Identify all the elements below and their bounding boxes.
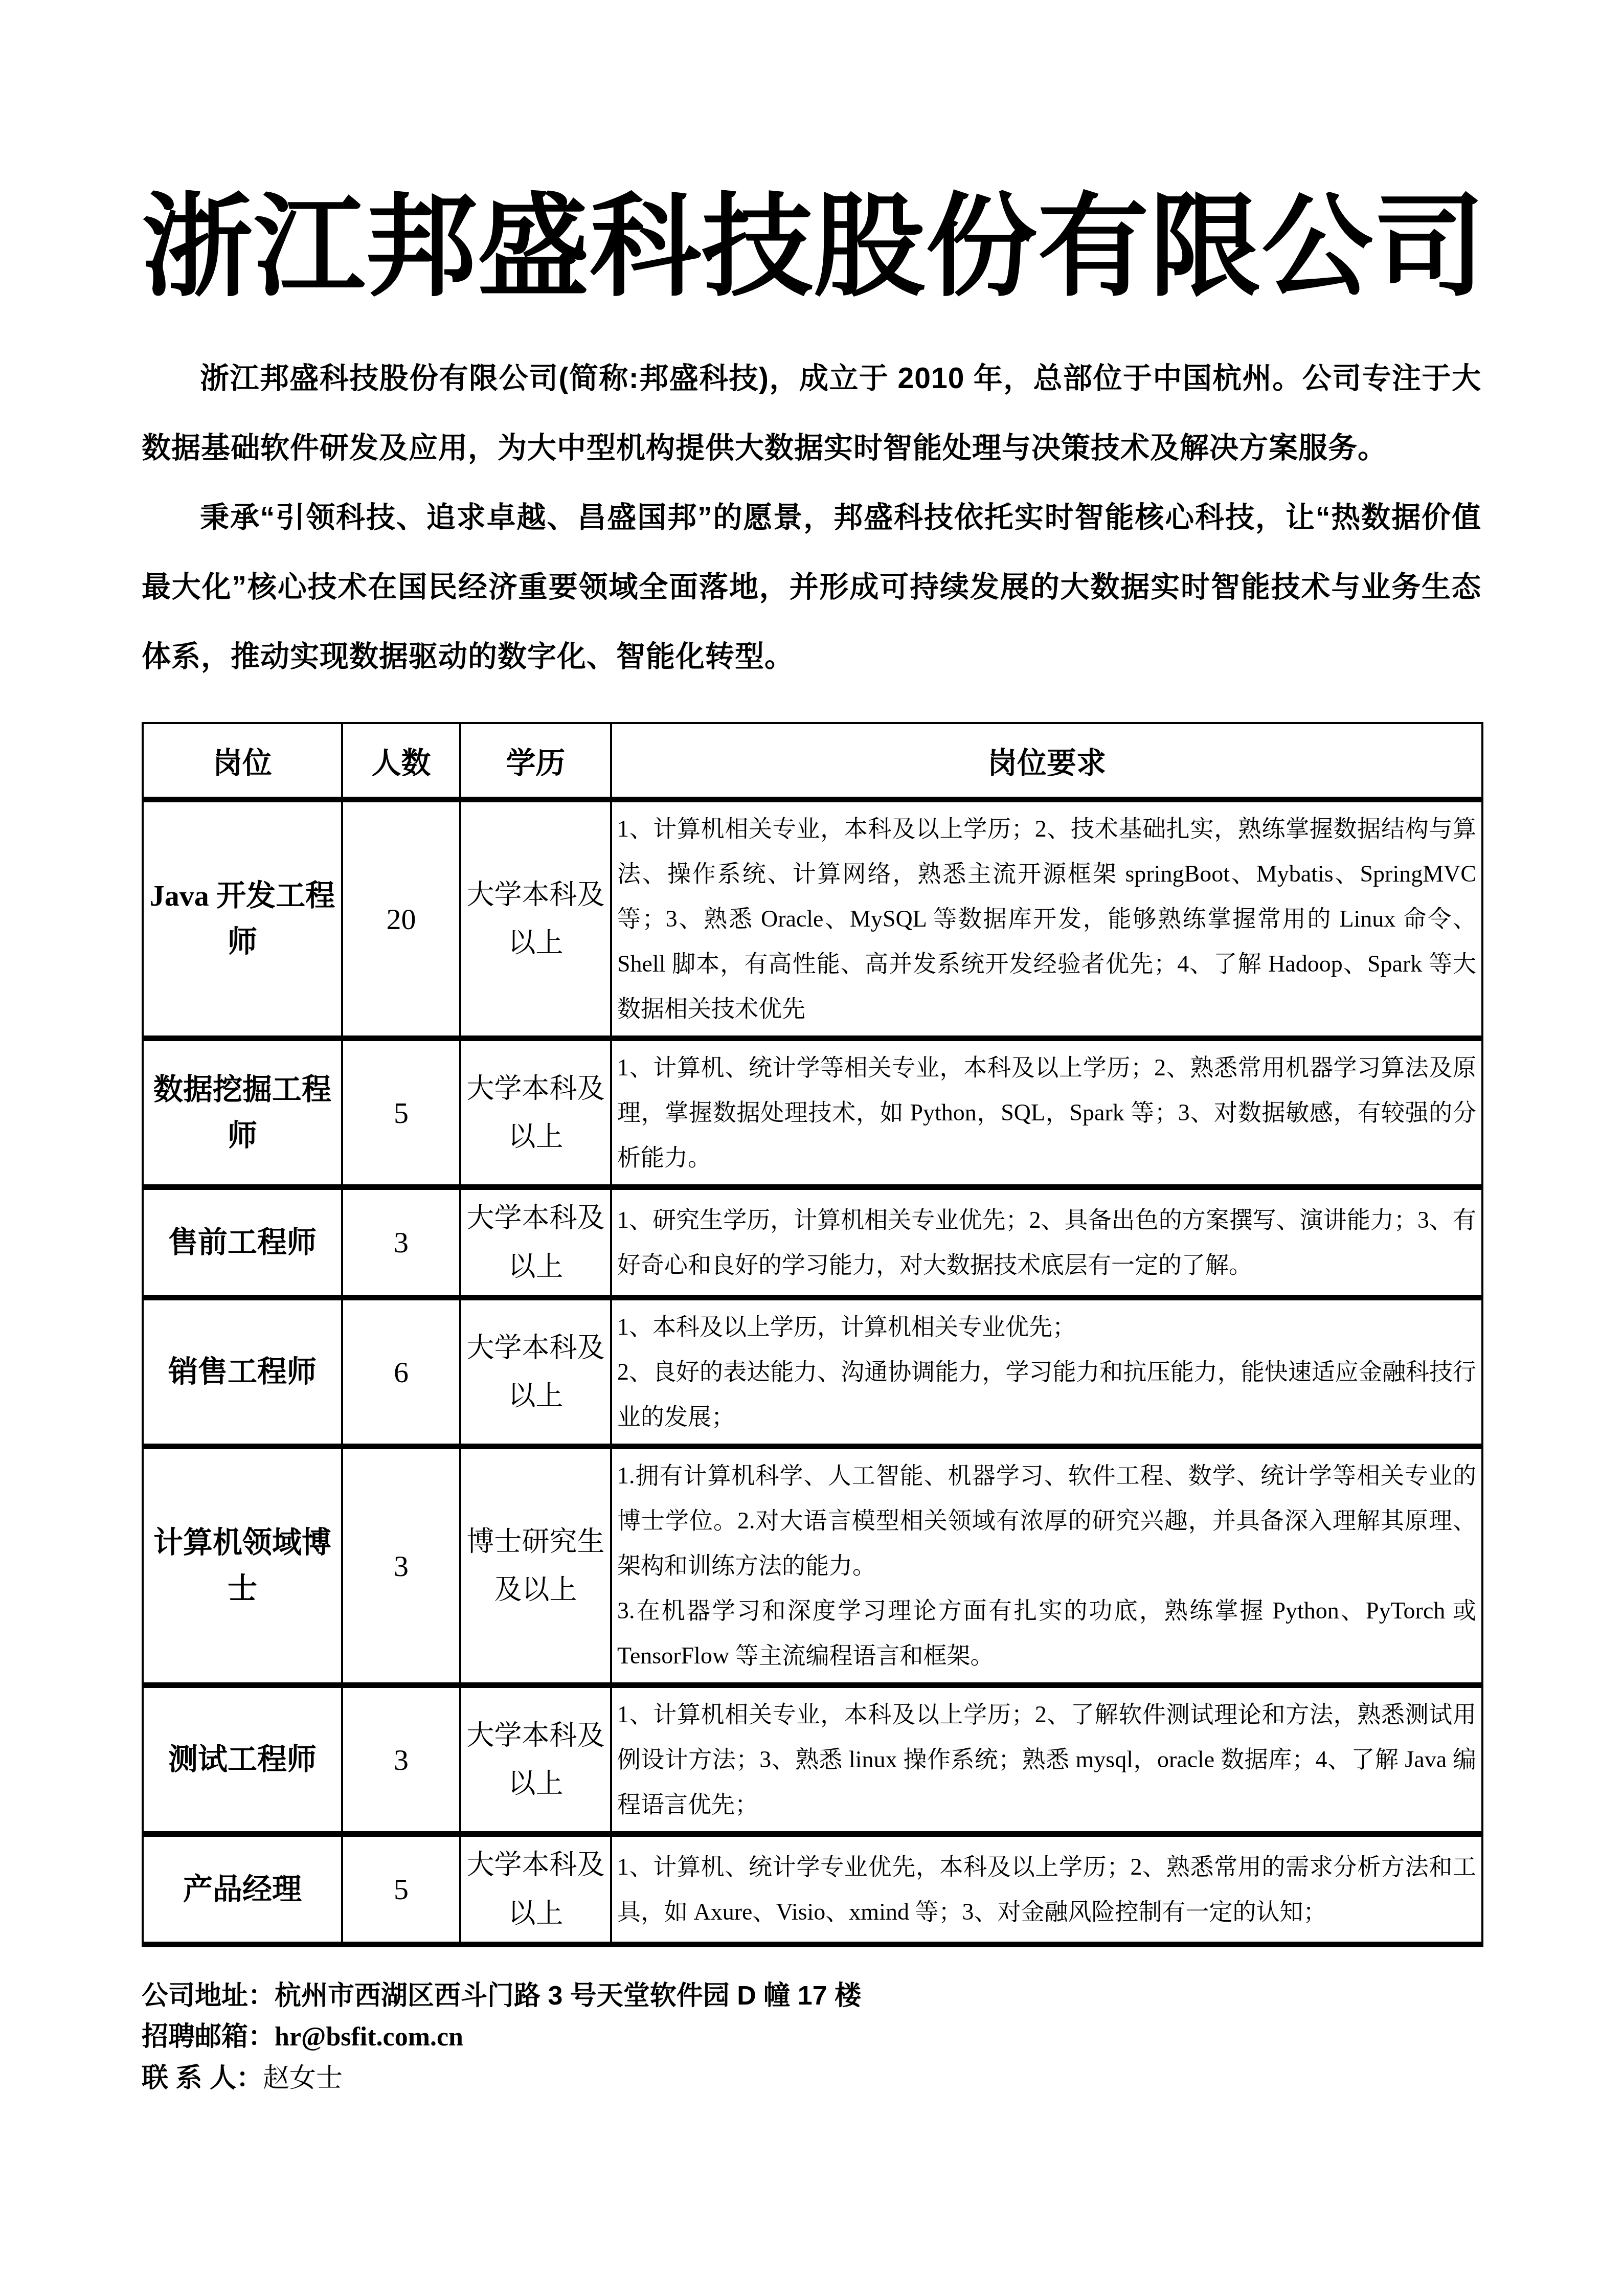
column-header: 人数 [342, 723, 460, 800]
job-row: 产品经理 5 大学本科及以上 1、计算机、统计学专业优先，本科及以上学历；2、熟… [143, 1834, 1482, 1945]
requirements-cell: 1、计算机、统计学专业优先，本科及以上学历；2、熟悉常用的需求分析方法和工具，如… [611, 1834, 1482, 1945]
position-cell: 销售工程师 [143, 1298, 342, 1447]
education-cell: 大学本科及以上 [460, 1298, 611, 1447]
address-value: 杭州市西湖区西斗门路 3 号天堂软件园 D 幢 17 楼 [275, 1981, 861, 2011]
column-header: 学历 [460, 723, 611, 800]
job-row: 售前工程师 3 大学本科及以上 1、研究生学历，计算机相关专业优先；2、具备出色… [143, 1187, 1482, 1298]
jobs-table: 岗位人数学历岗位要求 Java 开发工程师 20 大学本科及以上 1、计算机相关… [142, 722, 1483, 1948]
email-value: hr@bsfit.com.cn [275, 2022, 463, 2052]
position-cell: 售前工程师 [143, 1187, 342, 1298]
position-cell: 产品经理 [143, 1834, 342, 1945]
requirements-cell: 1、计算机、统计学等相关专业，本科及以上学历；2、熟悉常用机器学习算法及原理，掌… [611, 1039, 1482, 1187]
job-row: Java 开发工程师 20 大学本科及以上 1、计算机相关专业，本科及以上学历；… [143, 800, 1482, 1039]
company-intro: 浙江邦盛科技股份有限公司(简称:邦盛科技)，成立于 2010 年，总部位于中国杭… [142, 344, 1481, 691]
contact-value: 赵女士 [263, 2063, 343, 2093]
education-cell: 大学本科及以上 [460, 1039, 611, 1187]
column-header: 岗位要求 [611, 723, 1482, 800]
intro-paragraph: 浙江邦盛科技股份有限公司(简称:邦盛科技)，成立于 2010 年，总部位于中国杭… [142, 344, 1481, 483]
education-cell: 大学本科及以上 [460, 1685, 611, 1834]
headcount-cell: 5 [342, 1039, 460, 1187]
headcount-cell: 3 [342, 1447, 460, 1685]
requirements-cell: 1、计算机相关专业，本科及以上学历；2、了解软件测试理论和方法，熟悉测试用例设计… [611, 1685, 1482, 1834]
requirements-cell: 1、本科及以上学历，计算机相关专业优先； 2、良好的表达能力、沟通协调能力，学习… [611, 1298, 1482, 1447]
page-title: 浙江邦盛科技股份有限公司 [142, 182, 1481, 316]
contact-label: 联 系 人： [142, 2063, 263, 2093]
requirements-cell: 1、计算机相关专业，本科及以上学历；2、技术基础扎实，熟练掌握数据结构与算法、操… [611, 800, 1482, 1039]
education-cell: 大学本科及以上 [460, 1187, 611, 1298]
document-page: 浙江邦盛科技股份有限公司 浙江邦盛科技股份有限公司(简称:邦盛科技)，成立于 2… [142, 0, 1481, 2099]
requirements-cell: 1.拥有计算机科学、人工智能、机器学习、软件工程、数学、统计学等相关专业的博士学… [611, 1447, 1482, 1685]
education-cell: 博士研究生及以上 [460, 1447, 611, 1685]
intro-paragraph: 秉承“引领科技、追求卓越、昌盛国邦”的愿景，邦盛科技依托实时智能核心科技，让“热… [142, 483, 1481, 691]
footer-address-line: 公司地址：杭州市西湖区西斗门路 3 号天堂软件园 D 幢 17 楼 [142, 1975, 1481, 2016]
position-cell: Java 开发工程师 [143, 800, 342, 1039]
requirements-cell: 1、研究生学历，计算机相关专业优先；2、具备出色的方案撰写、演讲能力；3、有好奇… [611, 1187, 1482, 1298]
email-label: 招聘邮箱： [142, 2022, 275, 2052]
headcount-cell: 3 [342, 1685, 460, 1834]
jobs-table-body: Java 开发工程师 20 大学本科及以上 1、计算机相关专业，本科及以上学历；… [143, 800, 1482, 1945]
position-cell: 计算机领域博士 [143, 1447, 342, 1685]
job-row: 计算机领域博士 3 博士研究生及以上 1.拥有计算机科学、人工智能、机器学习、软… [143, 1447, 1482, 1685]
education-cell: 大学本科及以上 [460, 1834, 611, 1945]
footer-email-line: 招聘邮箱：hr@bsfit.com.cn [142, 2016, 1481, 2058]
headcount-cell: 6 [342, 1298, 460, 1447]
footer-contact-line: 联 系 人：赵女士 [142, 2058, 1481, 2099]
education-cell: 大学本科及以上 [460, 800, 611, 1039]
job-row: 销售工程师 6 大学本科及以上 1、本科及以上学历，计算机相关专业优先； 2、良… [143, 1298, 1482, 1447]
job-row: 数据挖掘工程师 5 大学本科及以上 1、计算机、统计学等相关专业，本科及以上学历… [143, 1039, 1482, 1187]
jobs-table-header: 岗位人数学历岗位要求 [143, 723, 1482, 800]
position-cell: 数据挖掘工程师 [143, 1039, 342, 1187]
headcount-cell: 5 [342, 1834, 460, 1945]
column-header: 岗位 [143, 723, 342, 800]
headcount-cell: 3 [342, 1187, 460, 1298]
headcount-cell: 20 [342, 800, 460, 1039]
position-cell: 测试工程师 [143, 1685, 342, 1834]
job-row: 测试工程师 3 大学本科及以上 1、计算机相关专业，本科及以上学历；2、了解软件… [143, 1685, 1482, 1834]
address-label: 公司地址： [142, 1981, 275, 2011]
contact-footer: 公司地址：杭州市西湖区西斗门路 3 号天堂软件园 D 幢 17 楼 招聘邮箱：h… [142, 1975, 1481, 2099]
